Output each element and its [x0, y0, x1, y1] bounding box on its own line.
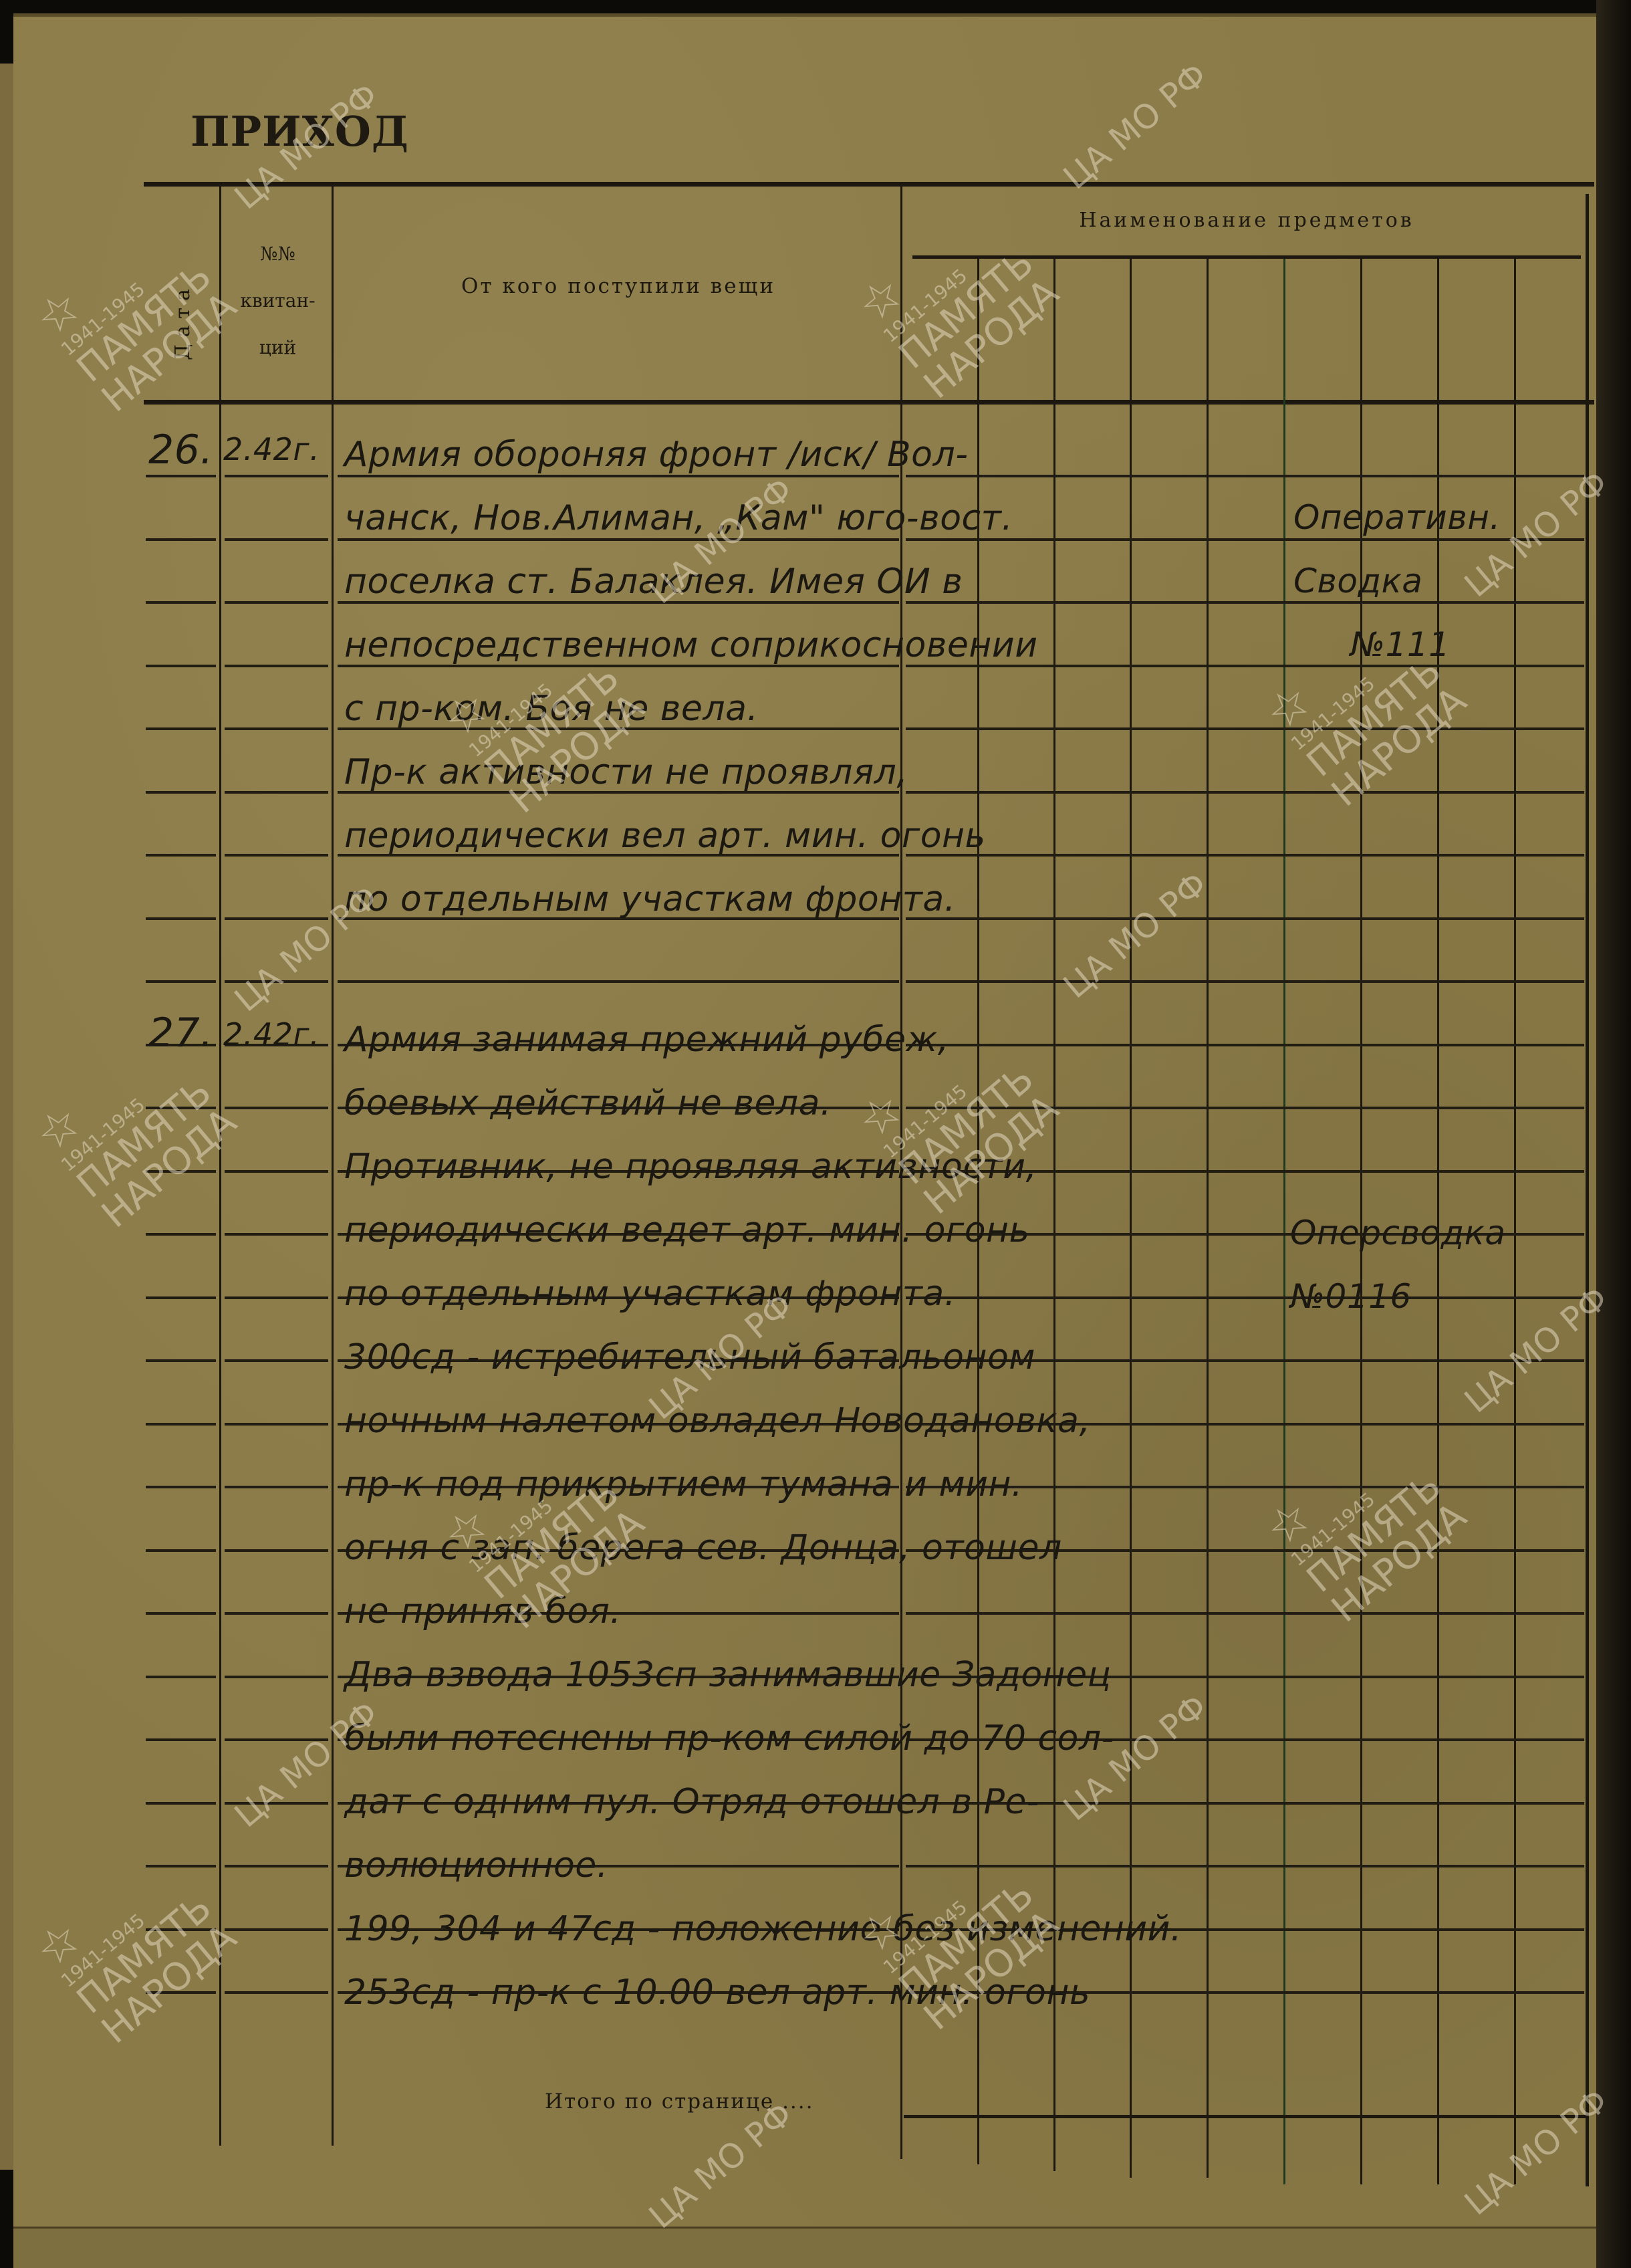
table-right-border: [1586, 194, 1589, 2186]
row-rule: [225, 727, 328, 730]
entry-month-year: 2.42г.: [223, 431, 320, 467]
entry-line: по отдельным участкам фронта.: [344, 1274, 956, 1314]
entry-line: дат с одним пул. Отряд отошел в Ре-: [344, 1782, 1039, 1822]
row-rule: [906, 1107, 1584, 1109]
page-title: ПРИХОД: [191, 107, 409, 156]
entry-note: Оперативн.: [1293, 498, 1501, 537]
row-rule: [146, 665, 216, 667]
row-rule: [146, 727, 216, 730]
entry-line: Армия занимая прежний рубеж,: [344, 1020, 949, 1060]
items-subcolumn-divider-green: [1283, 259, 1285, 2184]
entry-line: по отдельным участкам фронта.: [344, 879, 956, 919]
row-rule: [146, 601, 216, 604]
row-rule: [225, 980, 328, 983]
row-rule: [225, 1107, 328, 1109]
row-rule: [146, 1549, 216, 1552]
column-divider-date: [219, 187, 221, 2146]
entry-line: Противник, не проявляя активности,: [344, 1147, 1037, 1187]
row-rule: [146, 917, 216, 920]
row-rule: [225, 1738, 328, 1741]
column-divider-receipt: [332, 187, 334, 2146]
entry-day: 27.: [148, 1010, 213, 1056]
row-rule: [906, 1044, 1584, 1046]
entry-line: периодически ведет арт. мин. огонь: [344, 1210, 1030, 1250]
entry-line: огня с зап. берега сев. Донца, отошел: [344, 1528, 1062, 1568]
entry-line: Два взвода 1053сп занимавшие Задонец: [344, 1655, 1112, 1695]
row-rule: [146, 854, 216, 857]
row-rule: [225, 917, 328, 920]
row-rule: [225, 1928, 328, 1931]
row-rule: [146, 1865, 216, 1867]
row-rule: [225, 791, 328, 794]
entry-line: пр-к под прикрытием тумана и мин.: [344, 1464, 1023, 1504]
entry-note: Оперсводка: [1290, 1214, 1506, 1252]
row-rule: [906, 791, 1584, 794]
row-rule: [906, 854, 1584, 857]
row-rule: [906, 1865, 1584, 1867]
row-rule: [906, 1296, 1584, 1299]
entry-line: поселка ст. Балаклея. Имея ОИ в: [344, 562, 963, 602]
row-rule: [225, 1170, 328, 1173]
header-from-whom: От кого поступили вещи: [334, 274, 902, 298]
row-rule: [225, 1296, 328, 1299]
row-rule: [146, 791, 216, 794]
items-subcolumn-divider: [1053, 259, 1055, 2171]
row-rule: [225, 665, 328, 667]
row-rule: [225, 1865, 328, 1867]
row-rule: [906, 475, 1584, 477]
entry-line: Пр-к активности не проявлял,: [344, 752, 908, 792]
items-subcolumn-divider: [1514, 259, 1516, 2184]
entry-line: были потеснены пр-ком силой до 70 сол-: [344, 1718, 1114, 1759]
page-total-rule: [904, 2115, 1586, 2118]
entry-note: №111: [1350, 625, 1450, 664]
items-subcolumn-divider: [1130, 259, 1132, 2178]
items-subheader-rule: [912, 255, 1581, 259]
entry-line: чанск, Нов.Алиман, „Кам" юго-вост.: [344, 498, 1013, 538]
entry-note: №0116: [1290, 1277, 1412, 1316]
row-rule: [225, 1991, 328, 1994]
row-rule: [906, 601, 1584, 604]
entry-note: Сводка: [1293, 562, 1422, 600]
items-subcolumn-divider: [1207, 259, 1209, 2178]
entry-line: 300сд - истребительный батальоном: [344, 1337, 1035, 1377]
row-rule: [146, 1676, 216, 1678]
row-rule: [225, 1676, 328, 1678]
row-rule: [225, 1612, 328, 1615]
entry-line: боевых действий не вела.: [344, 1083, 832, 1123]
row-rule: [338, 980, 899, 983]
entry-line: 199, 304 и 47сд - положение без изменени…: [344, 1909, 1182, 1949]
row-rule: [146, 1738, 216, 1741]
row-rule: [146, 1170, 216, 1173]
row-rule: [146, 1928, 216, 1931]
row-rule: [225, 854, 328, 857]
row-rule: [225, 1549, 328, 1552]
page-bottom-fold: [13, 2227, 1598, 2268]
row-rule: [225, 1486, 328, 1488]
row-rule: [146, 538, 216, 541]
row-rule: [146, 1233, 216, 1236]
entry-line: непосредственном соприкосновении: [344, 625, 1038, 665]
row-rule: [146, 1486, 216, 1488]
entry-line: не приняв боя.: [344, 1591, 621, 1631]
row-rule: [225, 1233, 328, 1236]
row-rule: [225, 1423, 328, 1426]
row-rule: [225, 475, 328, 477]
page-total-label: Итого по странице ....: [545, 2089, 814, 2114]
row-rule: [146, 1423, 216, 1426]
header-receipt-number: №№ квитан- ций: [223, 231, 333, 371]
page-top-edge: [13, 13, 1598, 17]
entry-line: ночным налетом овладел Новодановка,: [344, 1401, 1091, 1441]
row-rule: [146, 1107, 216, 1109]
header-date: Дата: [146, 254, 219, 388]
row-rule: [146, 1612, 216, 1615]
row-rule: [906, 1612, 1584, 1615]
row-rule: [906, 538, 1584, 541]
row-rule: [225, 538, 328, 541]
header-item-names: Наименование предметов: [902, 209, 1591, 232]
row-rule: [146, 475, 216, 477]
row-rule: [146, 1359, 216, 1362]
row-rule: [906, 917, 1584, 920]
row-rule: [146, 1802, 216, 1805]
table-top-rule: [144, 182, 1594, 187]
row-rule: [906, 727, 1584, 730]
row-rule: [906, 980, 1584, 983]
row-rule: [146, 1296, 216, 1299]
row-rule: [225, 601, 328, 604]
entry-line: периодически вел арт. мин. огонь: [344, 816, 986, 856]
entry-line: волюционное.: [344, 1845, 608, 1886]
entry-month-year: 2.42г.: [223, 1016, 320, 1052]
entry-line: 253сд - пр-к с 10.00 вел арт. мин. огонь: [344, 1972, 1090, 2013]
entry-day: 26.: [148, 427, 213, 473]
header-bottom-rule: [144, 400, 1594, 405]
entry-line: Армия обороняя фронт /иск/ Вол-: [344, 435, 968, 475]
row-rule: [146, 980, 216, 983]
entry-line: с пр-ком. Боя не вела.: [344, 689, 759, 729]
row-rule: [338, 538, 899, 541]
row-rule: [338, 475, 899, 477]
row-rule: [225, 1359, 328, 1362]
row-rule: [146, 1991, 216, 1994]
row-rule: [225, 1802, 328, 1805]
binding-shadow: [1596, 0, 1631, 2268]
